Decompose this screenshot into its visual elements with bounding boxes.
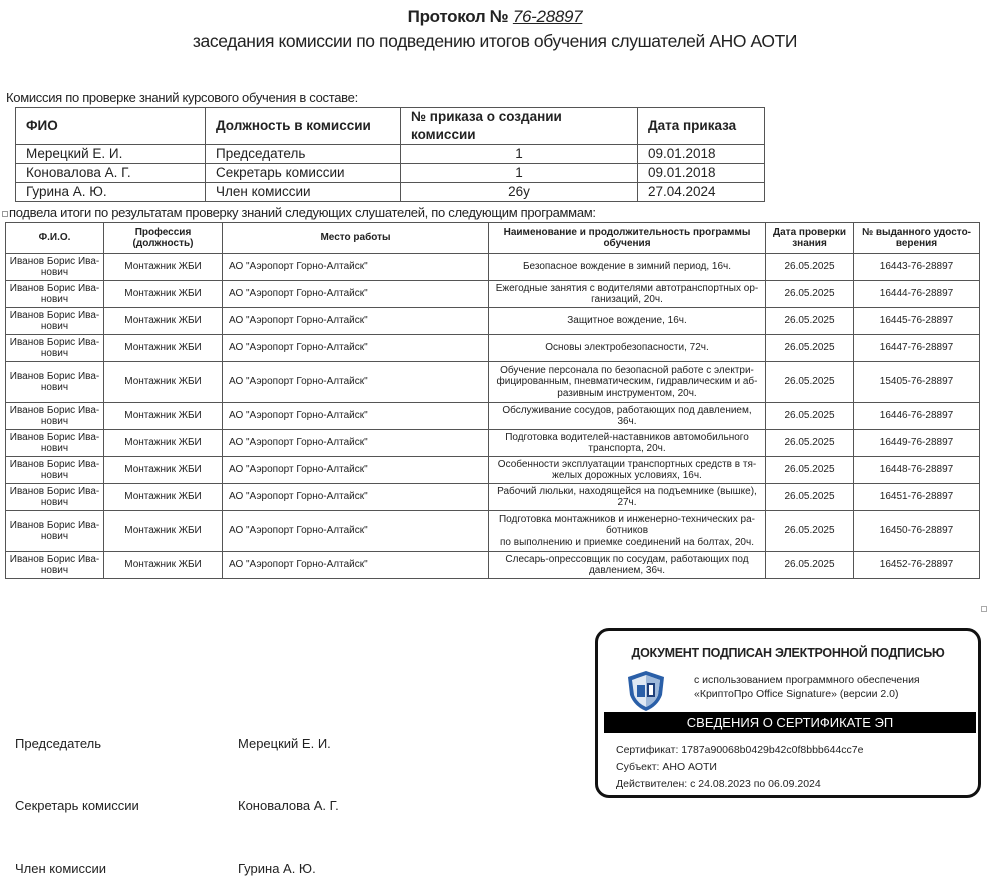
student-workplace: АО "Аэропорт Горно-Алтайск" [223, 484, 489, 511]
col-fio: ФИО [16, 108, 206, 145]
student-profession: Монтажник ЖБИ [104, 484, 223, 511]
program-name: Обучение персонала по безопасной работе … [489, 362, 766, 403]
check-date: 26.05.2025 [766, 511, 854, 552]
results-row: Иванов Борис Ива-новичМонтажник ЖБИАО "А… [6, 335, 980, 362]
check-date: 26.05.2025 [766, 430, 854, 457]
certificate-number: 16450-76-28897 [854, 511, 980, 552]
results-row: Иванов Борис Ива-новичМонтажник ЖБИАО "А… [6, 254, 980, 281]
student-name: Иванов Борис Ива-нович [6, 308, 104, 335]
member-role: Председатель [206, 145, 401, 164]
protocol-subtitle: заседания комиссии по подведению итогов … [0, 31, 990, 52]
order-date: 09.01.2018 [638, 145, 765, 164]
program-name: Безопасное вождение в зимний период, 16ч… [489, 254, 766, 281]
order-number: 1 [401, 145, 638, 164]
student-name: Иванов Борис Ива-нович [6, 403, 104, 430]
signature-role: Член комиссии [15, 861, 106, 876]
software-line2: «КриптоПро Office Signature» (версии 2.0… [694, 687, 920, 701]
student-workplace: АО "Аэропорт Горно-Алтайск" [223, 403, 489, 430]
protocol-title: Протокол № 76-28897 [0, 7, 990, 27]
student-profession: Монтажник ЖБИ [104, 511, 223, 552]
program-name: Ежегодные занятия с водителями автотранс… [489, 281, 766, 308]
certificate-bar: СВЕДЕНИЯ О СЕРТИФИКАТЕ ЭП [604, 712, 976, 733]
col-program: Наименование и продолжительность програм… [489, 223, 766, 254]
program-name: Основы электробезопасности, 72ч. [489, 335, 766, 362]
student-name: Иванов Борис Ива-нович [6, 335, 104, 362]
signature-role: Секретарь комиссии [15, 798, 139, 813]
certificate-id: Сертификат: 1787a90068b0429b42c0f8bbb644… [616, 742, 863, 759]
student-profession: Монтажник ЖБИ [104, 281, 223, 308]
anchor-marker [2, 211, 8, 217]
certificate-number: 16445-76-28897 [854, 308, 980, 335]
col-check-date: Дата проверки знания [766, 223, 854, 254]
commission-header-row: ФИО Должность в комиссии № приказа о соз… [16, 108, 765, 145]
signature-name: Гурина А. Ю. [238, 861, 316, 876]
program-name: Защитное вождение, 16ч. [489, 308, 766, 335]
check-date: 26.05.2025 [766, 403, 854, 430]
col-student-name: Ф.И.О. [6, 223, 104, 254]
check-date: 26.05.2025 [766, 281, 854, 308]
protocol-number: 76-28897 [513, 7, 582, 26]
student-name: Иванов Борис Ива-нович [6, 511, 104, 552]
student-workplace: АО "Аэропорт Горно-Алтайск" [223, 362, 489, 403]
shield-icon [624, 669, 668, 713]
student-profession: Монтажник ЖБИ [104, 403, 223, 430]
results-row: Иванов Борис Ива-новичМонтажник ЖБИАО "А… [6, 552, 980, 579]
student-profession: Монтажник ЖБИ [104, 552, 223, 579]
certificate-number: 16446-76-28897 [854, 403, 980, 430]
certificate-number: 16448-76-28897 [854, 457, 980, 484]
student-profession: Монтажник ЖБИ [104, 335, 223, 362]
results-header-row: Ф.И.О. Профессия (должность) Место работ… [6, 223, 980, 254]
table-resize-handle[interactable] [981, 606, 987, 612]
student-profession: Монтажник ЖБИ [104, 308, 223, 335]
program-name: Обслуживание сосудов, работающих под дав… [489, 403, 766, 430]
results-row: Иванов Борис Ива-новичМонтажник ЖБИАО "А… [6, 430, 980, 457]
results-row: Иванов Борис Ива-новичМонтажник ЖБИАО "А… [6, 511, 980, 552]
col-certificate-number: № выданного удосто-верения [854, 223, 980, 254]
certificate-number: 16452-76-28897 [854, 552, 980, 579]
student-name: Иванов Борис Ива-нович [6, 430, 104, 457]
results-row: Иванов Борис Ива-новичМонтажник ЖБИАО "А… [6, 308, 980, 335]
col-order-date: Дата приказа [638, 108, 765, 145]
col-role: Должность в комиссии [206, 108, 401, 145]
e-signature-stamp: ДОКУМЕНТ ПОДПИСАН ЭЛЕКТРОННОЙ ПОДПИСЬЮ с… [595, 628, 981, 798]
certificate-number: 16444-76-28897 [854, 281, 980, 308]
results-intro: подвела итоги по результатам проверку зн… [2, 205, 596, 220]
results-row: Иванов Борис Ива-новичМонтажник ЖБИАО "А… [6, 403, 980, 430]
certificate-number: 15405-76-28897 [854, 362, 980, 403]
student-workplace: АО "Аэропорт Горно-Алтайск" [223, 457, 489, 484]
student-workplace: АО "Аэропорт Горно-Алтайск" [223, 308, 489, 335]
student-profession: Монтажник ЖБИ [104, 430, 223, 457]
student-profession: Монтажник ЖБИ [104, 457, 223, 484]
student-profession: Монтажник ЖБИ [104, 254, 223, 281]
stamp-heading: ДОКУМЕНТ ПОДПИСАН ЭЛЕКТРОННОЙ ПОДПИСЬЮ [598, 646, 978, 660]
commission-intro: Комиссия по проверке знаний курсового об… [6, 90, 358, 105]
col-order: № приказа о создании комиссии [401, 108, 638, 145]
check-date: 26.05.2025 [766, 308, 854, 335]
student-workplace: АО "Аэропорт Горно-Алтайск" [223, 281, 489, 308]
student-name: Иванов Борис Ива-нович [6, 552, 104, 579]
student-workplace: АО "Аэропорт Горно-Алтайск" [223, 335, 489, 362]
student-name: Иванов Борис Ива-нович [6, 281, 104, 308]
program-name: Слесарь-опрессовщик по сосудам, работающ… [489, 552, 766, 579]
col-workplace: Место работы [223, 223, 489, 254]
check-date: 26.05.2025 [766, 457, 854, 484]
student-workplace: АО "Аэропорт Горно-Алтайск" [223, 430, 489, 457]
check-date: 26.05.2025 [766, 484, 854, 511]
commission-row: Гурина А. Ю.Член комиссии26у27.04.2024 [16, 183, 765, 202]
program-name: Подготовка водителей-наставников автомоб… [489, 430, 766, 457]
results-row: Иванов Борис Ива-новичМонтажник ЖБИАО "А… [6, 484, 980, 511]
order-number: 26у [401, 183, 638, 202]
stamp-software: с использованием программного обеспечени… [694, 673, 920, 701]
signature-name: Коновалова А. Г. [238, 798, 339, 813]
certificate-details: Сертификат: 1787a90068b0429b42c0f8bbb644… [616, 742, 863, 793]
student-name: Иванов Борис Ива-нович [6, 484, 104, 511]
check-date: 26.05.2025 [766, 335, 854, 362]
order-date: 27.04.2024 [638, 183, 765, 202]
certificate-number: 16451-76-28897 [854, 484, 980, 511]
col-profession: Профессия (должность) [104, 223, 223, 254]
member-role: Член комиссии [206, 183, 401, 202]
results-row: Иванов Борис Ива-новичМонтажник ЖБИАО "А… [6, 281, 980, 308]
certificate-number: 16447-76-28897 [854, 335, 980, 362]
results-row: Иванов Борис Ива-новичМонтажник ЖБИАО "А… [6, 362, 980, 403]
software-line1: с использованием программного обеспечени… [694, 673, 920, 687]
student-workplace: АО "Аэропорт Горно-Алтайск" [223, 511, 489, 552]
certificate-number: 16443-76-28897 [854, 254, 980, 281]
commission-row: Коновалова А. Г.Секретарь комиссии109.01… [16, 164, 765, 183]
signature-name: Мерецкий Е. И. [238, 736, 331, 751]
student-workplace: АО "Аэропорт Горно-Алтайск" [223, 254, 489, 281]
student-name: Иванов Борис Ива-нович [6, 254, 104, 281]
commission-table: ФИО Должность в комиссии № приказа о соз… [15, 107, 765, 202]
certificate-subject: Субъект: АНО АОТИ [616, 759, 863, 776]
student-name: Иванов Борис Ива-нович [6, 362, 104, 403]
order-number: 1 [401, 164, 638, 183]
check-date: 26.05.2025 [766, 552, 854, 579]
program-name: Особенности эксплуатации транспортных ср… [489, 457, 766, 484]
member-role: Секретарь комиссии [206, 164, 401, 183]
results-table: Ф.И.О. Профессия (должность) Место работ… [5, 222, 980, 579]
results-intro-text: подвела итоги по результатам проверку зн… [9, 205, 596, 220]
student-profession: Монтажник ЖБИ [104, 362, 223, 403]
commission-row: Мерецкий Е. И.Председатель109.01.2018 [16, 145, 765, 164]
member-name: Гурина А. Ю. [16, 183, 206, 202]
member-name: Коновалова А. Г. [16, 164, 206, 183]
certificate-validity: Действителен: с 24.08.2023 по 06.09.2024 [616, 776, 863, 793]
order-date: 09.01.2018 [638, 164, 765, 183]
results-row: Иванов Борис Ива-новичМонтажник ЖБИАО "А… [6, 457, 980, 484]
student-workplace: АО "Аэропорт Горно-Алтайск" [223, 552, 489, 579]
signature-role: Председатель [15, 736, 101, 751]
program-name: Рабочий люльки, находящейся на подъемник… [489, 484, 766, 511]
title-prefix: Протокол № [408, 7, 509, 26]
check-date: 26.05.2025 [766, 362, 854, 403]
certificate-number: 16449-76-28897 [854, 430, 980, 457]
check-date: 26.05.2025 [766, 254, 854, 281]
member-name: Мерецкий Е. И. [16, 145, 206, 164]
program-name: Подготовка монтажников и инженерно-техни… [489, 511, 766, 552]
student-name: Иванов Борис Ива-нович [6, 457, 104, 484]
